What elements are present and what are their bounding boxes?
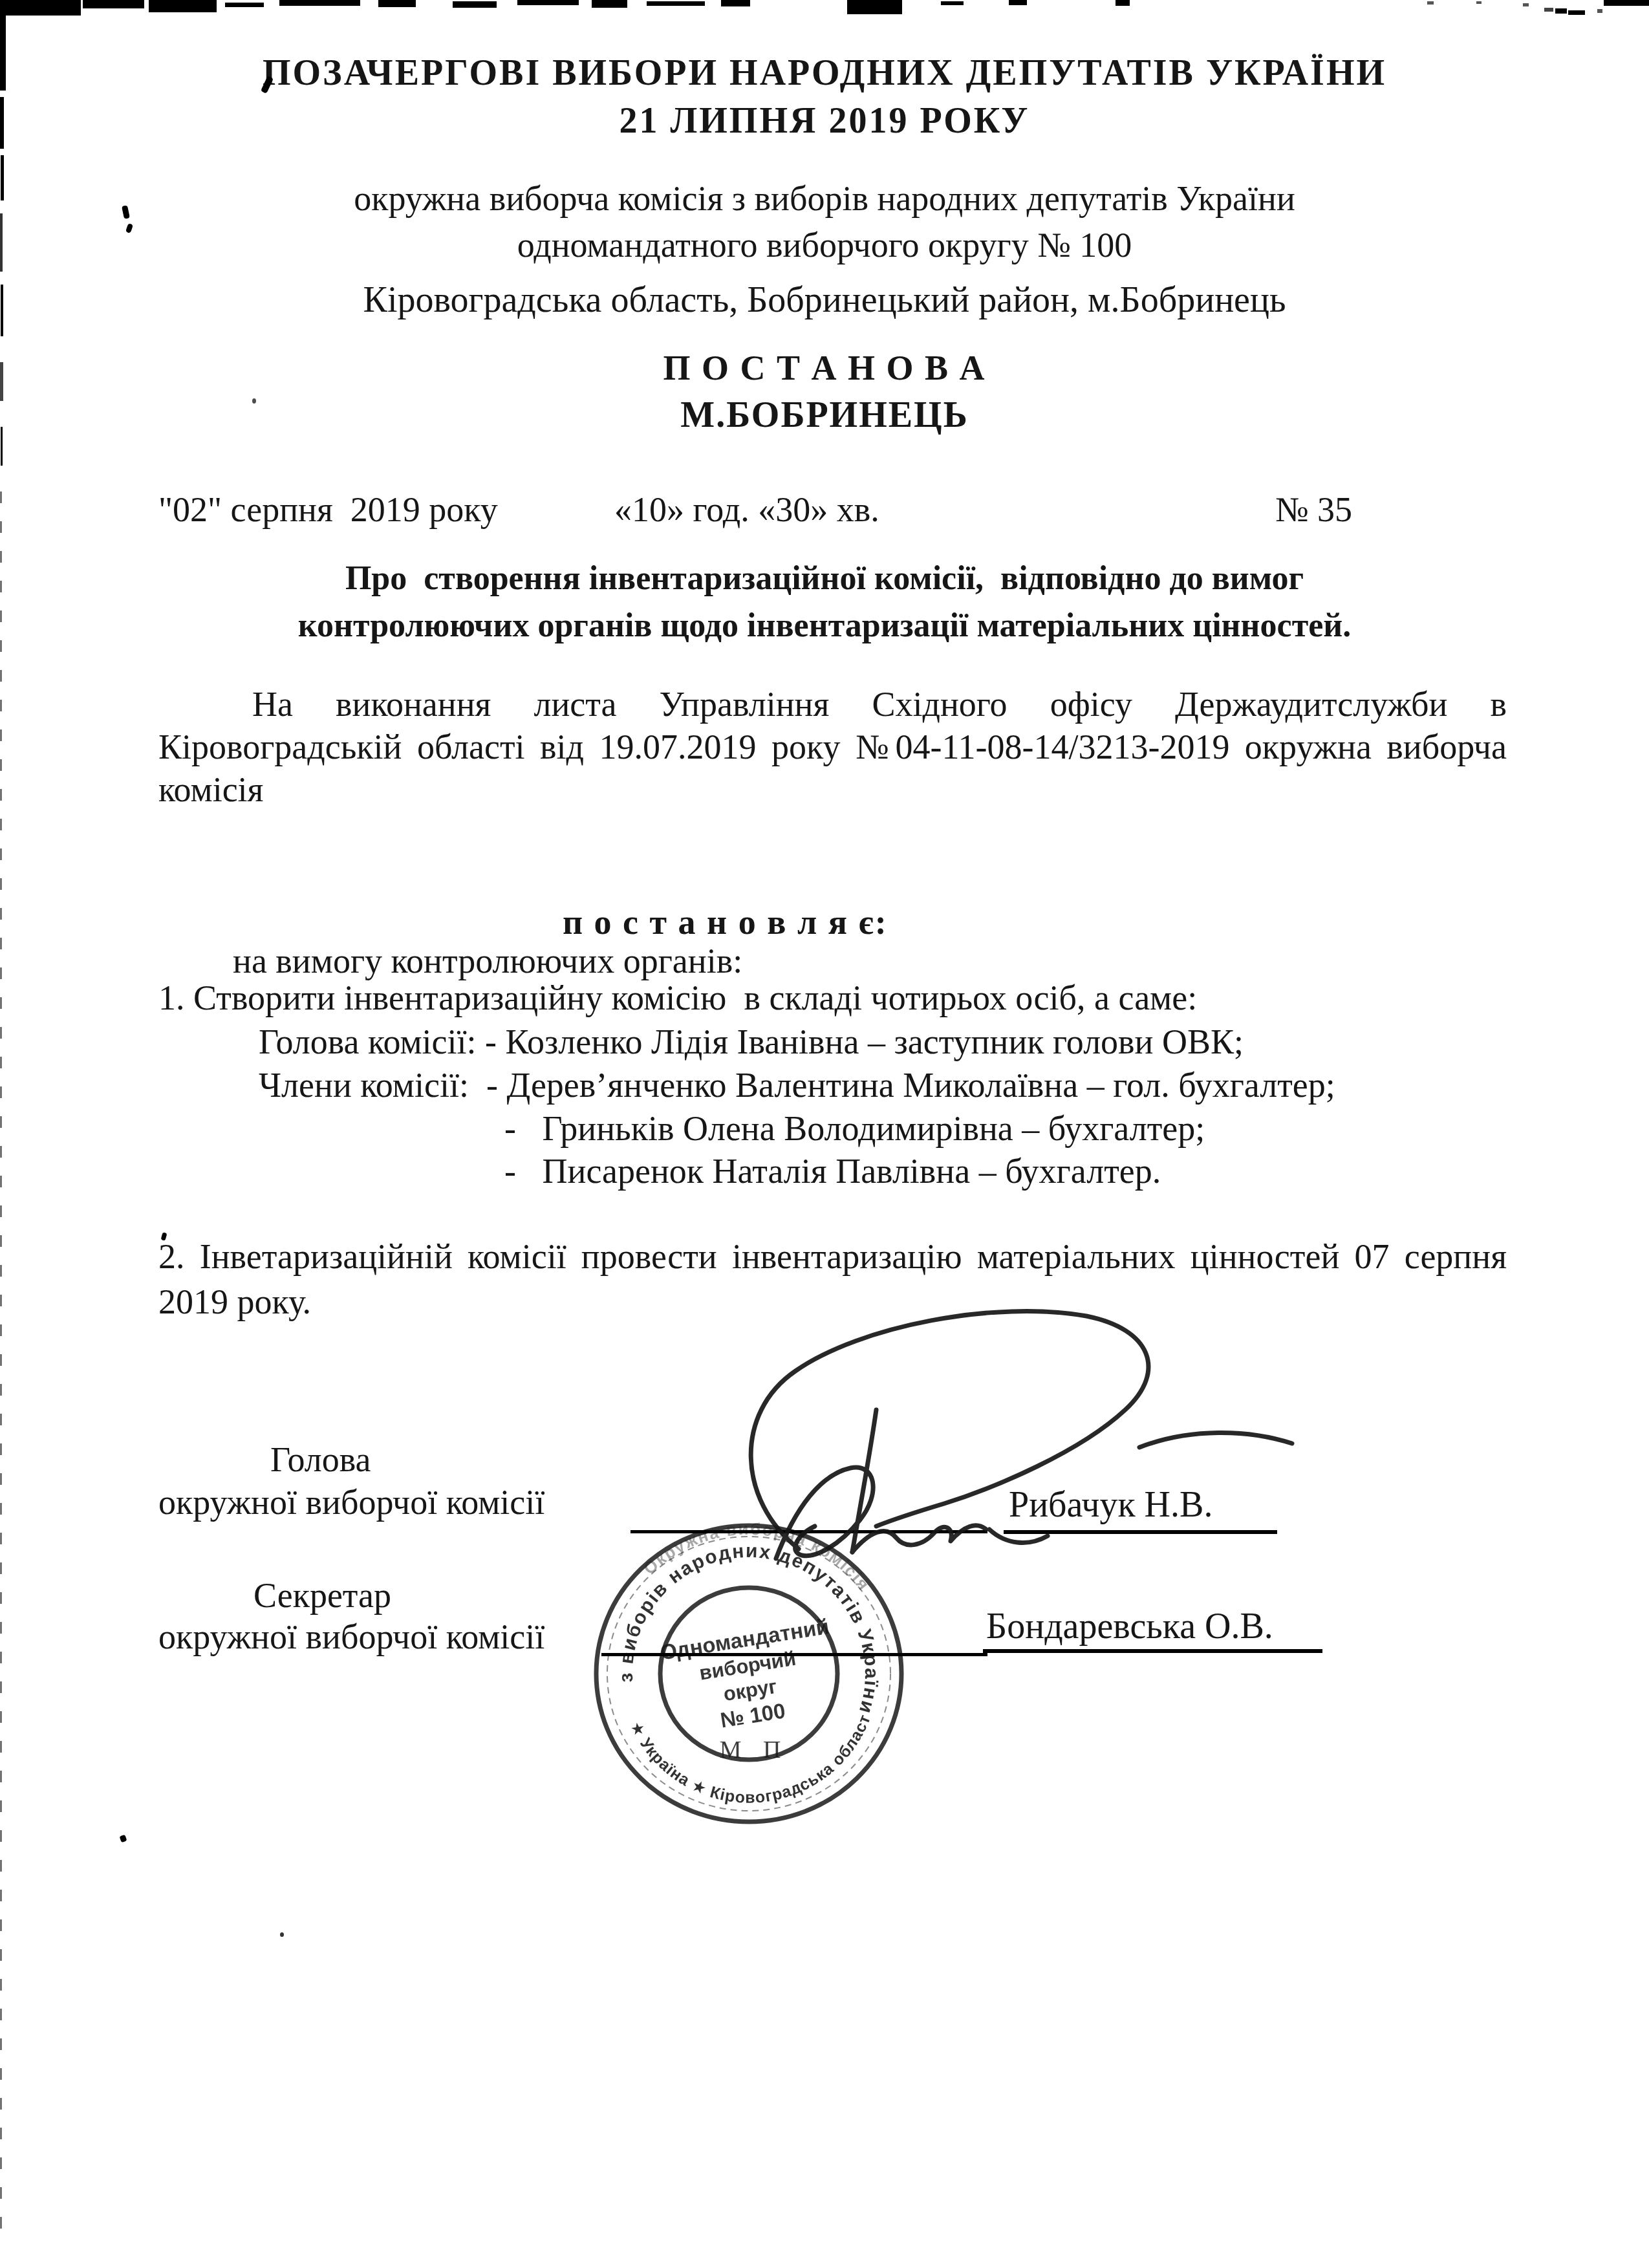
scan-artifact xyxy=(0,491,2,2238)
scan-artifact xyxy=(0,362,3,401)
scan-artifact xyxy=(592,0,627,8)
scan-artifact xyxy=(225,3,264,7)
signer2-role-line-2: окружної виборчої комісії xyxy=(158,1617,544,1657)
scan-artifact xyxy=(83,0,144,8)
scan-artifact xyxy=(1476,1,1482,4)
signer2-role-line-1: Секретар xyxy=(253,1575,391,1615)
signer2-signature-rule xyxy=(601,1653,987,1656)
document-time: «10» год. «30» хв. xyxy=(614,490,879,530)
scan-artifact xyxy=(0,97,4,149)
signer2-name-rule xyxy=(983,1649,1322,1653)
scan-artifact xyxy=(120,1835,127,1842)
scan-artifact xyxy=(280,1932,284,1937)
scan-artifact xyxy=(378,0,416,7)
commission-member-2: - Гриньків Олена Володимирівна – бухгалт… xyxy=(504,1108,1205,1149)
scan-artifact xyxy=(647,1,705,6)
scan-artifact xyxy=(941,1,964,5)
scan-artifact xyxy=(1544,8,1553,12)
stamp-mp-mark: М П xyxy=(720,1736,789,1764)
scan-artifact xyxy=(0,213,3,272)
scan-artifact xyxy=(517,0,579,5)
document-page: ПОЗАЧЕРГОВІ ВИБОРИ НАРОДНИХ ДЕПУТАТІВ УК… xyxy=(0,0,1649,2268)
signature-stroke xyxy=(751,1312,1148,1549)
scan-artifact xyxy=(847,0,902,14)
scan-artifact xyxy=(0,0,6,91)
signer2-name: Бондаревська О.В. xyxy=(986,1606,1273,1647)
list-item-1: 1. Створити інвентаризаційну комісію в с… xyxy=(158,978,1197,1018)
demand-line: на вимогу контролюючих органів: xyxy=(233,941,742,981)
subject-line-1: Про створення інвентаризаційної комісії,… xyxy=(78,555,1571,602)
scan-artifact xyxy=(1,155,4,200)
scan-artifact xyxy=(1009,0,1027,5)
document-date: "02" серпня 2019 року xyxy=(158,490,498,530)
scan-artifact xyxy=(1,427,3,466)
scan-artifact xyxy=(1,285,3,336)
scan-artifact xyxy=(0,0,81,16)
scan-artifact xyxy=(279,0,360,6)
signature-stroke xyxy=(852,1526,986,1552)
document-type: П О С Т А Н О В А xyxy=(22,348,1627,388)
subject-line-2: контролюючих органів щодо інвентаризації… xyxy=(78,602,1571,649)
scan-artifact xyxy=(1523,3,1529,6)
scan-artifact xyxy=(1568,10,1585,15)
signer1-role-line-2: окружної виборчої комісії xyxy=(158,1482,544,1522)
commission-members-line: Члени комісії: - Дерев’янченко Валентина… xyxy=(259,1065,1335,1105)
commission-member-3: - Писаренок Наталія Павлівна – бухгалтер… xyxy=(504,1151,1161,1191)
signer1-role-line-1: Голова xyxy=(270,1440,371,1480)
resolves-heading: п о с т а н о в л я є: xyxy=(563,902,888,942)
scan-artifact xyxy=(1597,9,1602,13)
scan-artifact xyxy=(1604,0,1649,6)
scan-artifact xyxy=(1115,0,1130,6)
scan-artifact xyxy=(1555,8,1567,14)
title-line-2: 21 ЛИПНЯ 2019 РОКУ xyxy=(22,101,1627,141)
subject-block: Про створення інвентаризаційної комісії,… xyxy=(78,555,1571,649)
scan-artifact xyxy=(149,0,217,12)
scan-artifact xyxy=(252,398,256,404)
body-paragraph-1: На виконання листа Управління Східного о… xyxy=(158,683,1507,811)
commission-line-2: одномандатного виборчого округу № 100 xyxy=(22,225,1627,265)
signature-stroke xyxy=(989,1529,1048,1542)
document-place: М.БОБРИНЕЦЬ xyxy=(22,395,1627,435)
commission-head-line: Голова комісії: - Козленко Лідія Іванівн… xyxy=(259,1022,1244,1062)
location-line: Кіровоградська область, Бобринецький рай… xyxy=(22,280,1627,320)
document-number: № 35 xyxy=(1275,490,1352,530)
signature-flourish xyxy=(1139,1432,1292,1447)
scan-artifact xyxy=(721,0,750,6)
scan-artifact xyxy=(1427,1,1434,5)
commission-line-1: окружна виборча комісія з виборів народн… xyxy=(22,178,1627,219)
scan-artifact xyxy=(453,1,497,8)
handwritten-signature xyxy=(582,1280,1390,1571)
